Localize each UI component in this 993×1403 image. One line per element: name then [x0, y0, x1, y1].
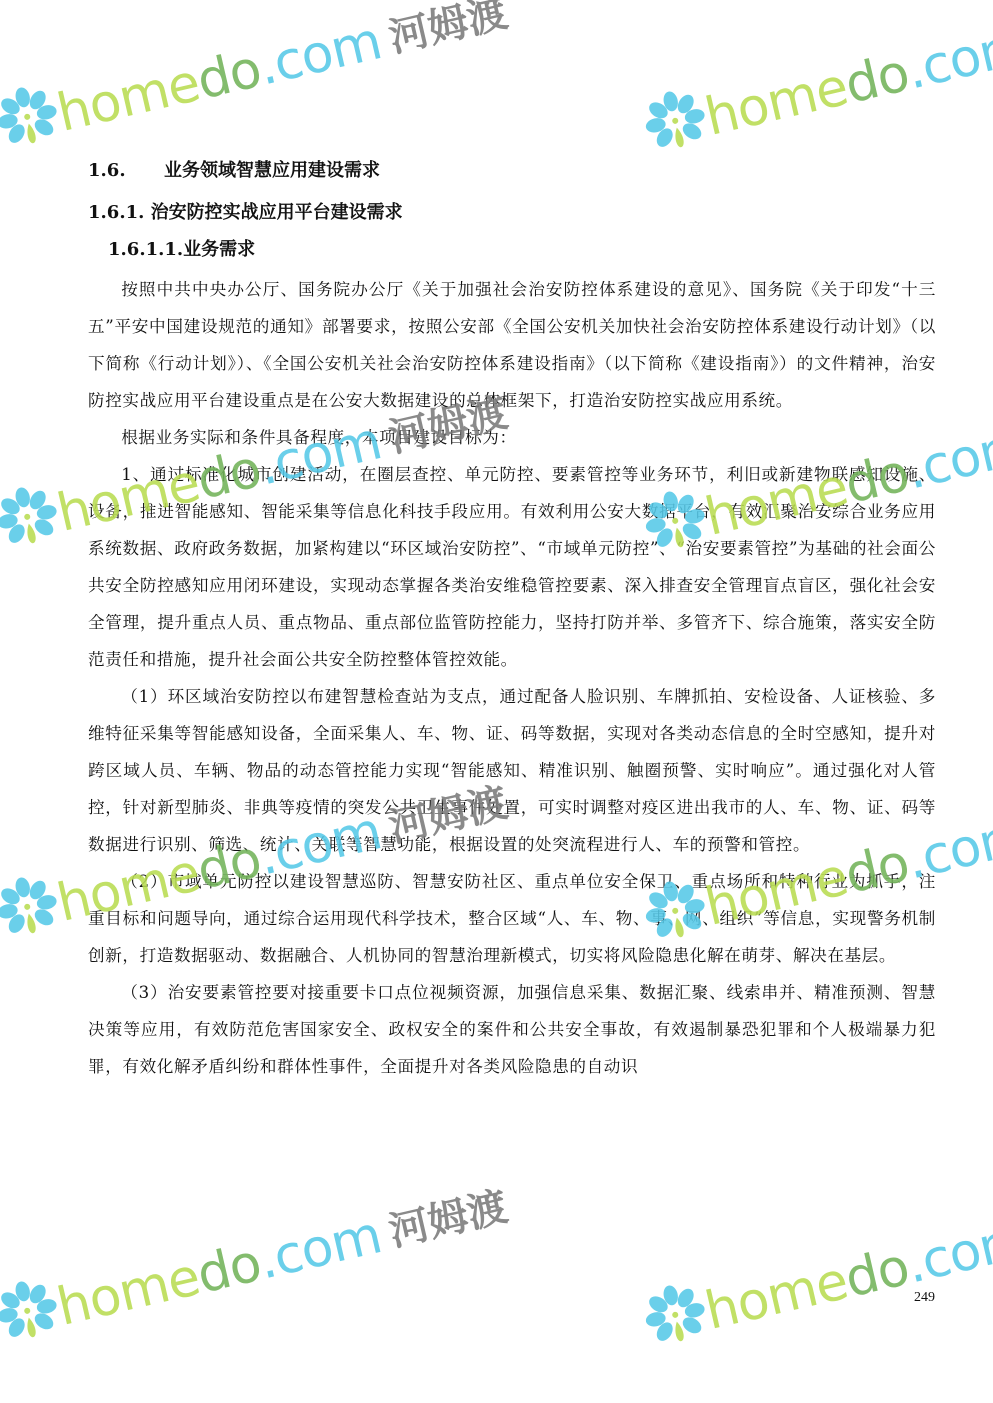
paragraph-goal-1-3: （3）治安要素管控要对接重要卡口点位视频资源，加强信息采集、数据汇聚、线索串并、…	[88, 974, 936, 1085]
heading-title: 治安防控实战应用平台建设需求	[151, 202, 403, 223]
document-page: 1.6.业务领域智慧应用建设需求 1.6.1. 治安防控实战应用平台建设需求 1…	[0, 0, 993, 1403]
flower-logo-icon	[638, 84, 712, 158]
watermark-homedo: homedo.com河姆渡	[0, 1170, 512, 1348]
page-number: 249	[914, 1290, 935, 1306]
heading-number: 1.6.	[88, 161, 164, 181]
body-text: 按照中共中央办公厅、国务院办公厅《关于加强社会治安防控体系建设的意见》、国务院《…	[88, 271, 936, 1085]
flower-logo-icon	[0, 1274, 64, 1348]
heading-number: 1.6.1.1.	[108, 239, 183, 260]
watermark-homedo: homedo.com	[638, 1203, 993, 1352]
paragraph-goal-1: 1、通过标准化城市创建活动，在圈层查控、单元防控、要素管控等业务环节，利旧或新建…	[88, 456, 936, 678]
watermark-homedo: homedo.com河姆渡	[0, 0, 512, 154]
flower-logo-icon	[638, 1278, 712, 1352]
flower-logo-icon	[0, 870, 64, 944]
paragraph-goal-1-2: （2）市域单元防控以建设智慧巡防、智慧安防社区、重点单位安全保卫、重点场所和特种…	[88, 863, 936, 974]
heading-title: 业务需求	[183, 239, 255, 260]
flower-logo-icon	[0, 80, 64, 154]
paragraph-goals-lead: 根据业务实际和条件具备程度，本项目建设目标为：	[88, 419, 936, 456]
paragraph-intro: 按照中共中央办公厅、国务院办公厅《关于加强社会治安防控体系建设的意见》、国务院《…	[88, 271, 936, 419]
flower-logo-icon	[0, 480, 64, 554]
heading-title: 业务领域智慧应用建设需求	[164, 160, 380, 181]
heading-1-6: 1.6.业务领域智慧应用建设需求	[88, 161, 380, 181]
heading-number: 1.6.1.	[88, 202, 144, 223]
heading-1-6-1: 1.6.1. 治安防控实战应用平台建设需求	[88, 203, 403, 223]
paragraph-goal-1-1: （1）环区域治安防控以布建智慧检查站为支点，通过配备人脸识别、车牌抓拍、安检设备…	[88, 678, 936, 863]
watermark-homedo: homedo.com	[638, 9, 993, 158]
heading-1-6-1-1: 1.6.1.1.业务需求	[108, 240, 255, 260]
